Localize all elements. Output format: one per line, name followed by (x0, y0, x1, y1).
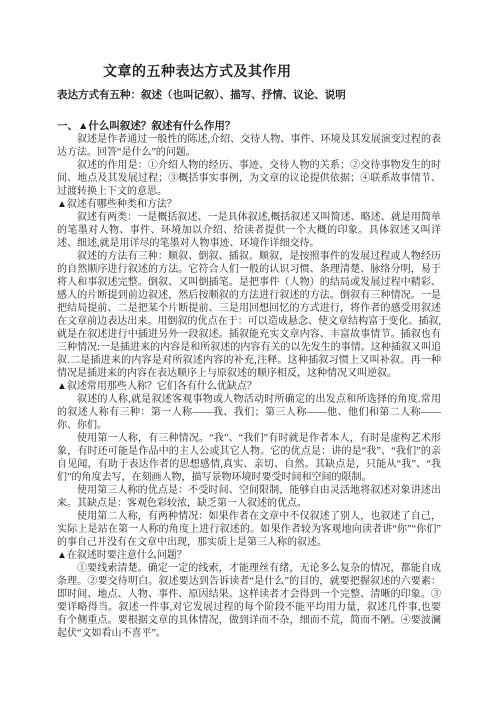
page-title: 文章的五种表达方式及其作用 (103, 63, 441, 80)
body-paragraph: 叙述是作者通过一般性的陈述,介绍、交待人物、事件、环境及其发展演变过程的表达方法… (57, 133, 441, 159)
body-paragraph: 叙述有两类：一是概括叙述、一是具体叙述,概括叙述又叫简述、略述、就是用简单的笔墨… (57, 211, 441, 250)
body-paragraph: 叙述的作用是：①介绍人物的经历、事迹、交待人物的关系；②交待事物发生的时间、地点… (57, 159, 441, 198)
body-paragraph: 叙述的人称,就是叙述客观事物或人物活动时所确定的出发点和所选择的角度.常用的叙述… (57, 393, 441, 432)
body-paragraph: 使用第二人称，有两种情况：如果作者在文章中不仅叙述了别人，也叙述了自己，实际上是… (57, 510, 441, 549)
document-page: 文章的五种表达方式及其作用 表达方式有五种：叙述（也叫记叙）、描写、抒情、议论、… (0, 0, 496, 702)
document-content: 文章的五种表达方式及其作用 表达方式有五种：叙述（也叫记叙）、描写、抒情、议论、… (57, 63, 441, 640)
section-heading: 一、▲什么叫叙述？叙述有什么作用？ (57, 120, 441, 133)
body-paragraph: 使用第一人称，有三种情况。“我”、“我们”有时就是作者本人，有时是虚构艺术形象，… (57, 432, 441, 484)
body-paragraph: 使用第三人称的优点是：不受时间、空间限制，能够自由灵活地将叙述对象讲述出来。其缺… (57, 484, 441, 510)
question-heading: ▲叙述有哪些种类和方法？ (57, 198, 441, 211)
document-subtitle: 表达方式有五种：叙述（也叫记叙）、描写、抒情、议论、说明 (57, 89, 441, 102)
question-heading: ▲在叙述时要注意什么问题？ (57, 549, 441, 562)
body-paragraph: 叙述的方法有三种：顺叙、倒叙、插叙。顺叙，是按照事件的发展过程或人物经历的自然顺… (57, 250, 441, 380)
body-paragraph: ①要线索清楚。确定一定的线索，才能理丝有绪，无论多么复杂的情况，都能自成条理。②… (57, 562, 441, 640)
question-heading: ▲叙述常用那些人称？它们各有什么优缺点？ (57, 380, 441, 393)
